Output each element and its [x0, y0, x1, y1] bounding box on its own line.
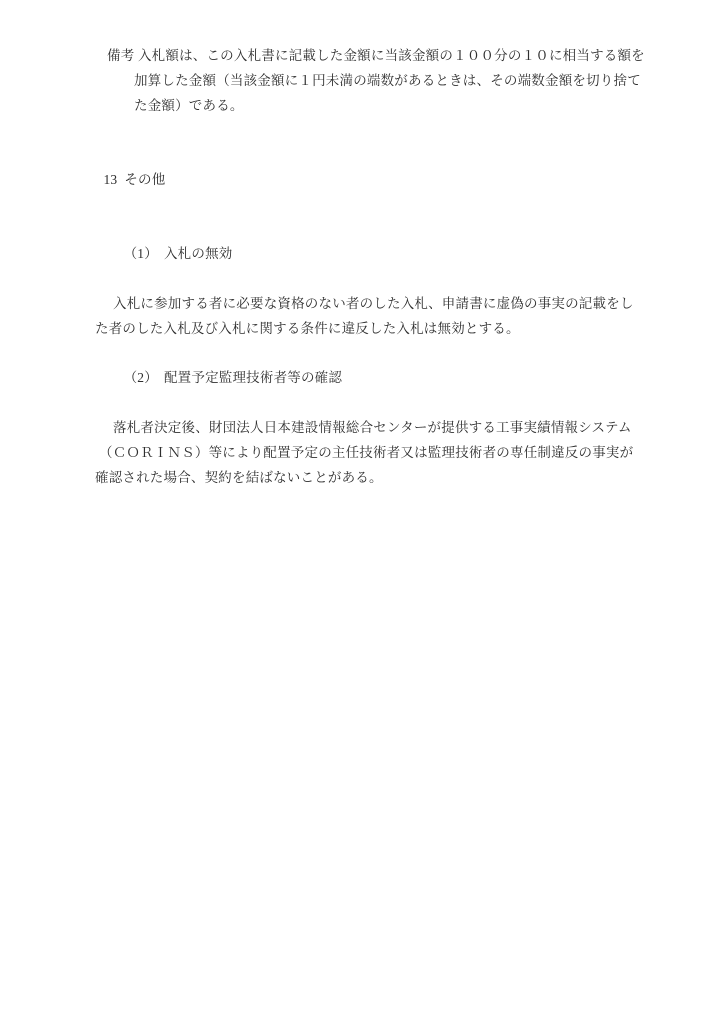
item-2-number: （2）: [124, 370, 158, 385]
section-13-item-1: （1）入札の無効 入札に参加する者に必要な資格のない者のした入札、申請書に虚偽の…: [0, 218, 724, 342]
item-2-heading: 配置予定監理技術者等の確認: [164, 370, 342, 385]
item-1-header: （1）入札の無効: [0, 218, 724, 292]
document-page: 備考 入札額は、この入札書に記載した金額に当該金額の１００分の１０に相当する額を…: [0, 0, 724, 1024]
item-2-body-line-3: 確認された場合、契約を結ばないことがある。: [0, 466, 724, 491]
section-13-header: 13その他: [0, 143, 724, 217]
section-13: 13その他 （1）入札の無効 入札に参加する者に必要な資格のない者のした入札、申…: [0, 143, 724, 490]
item-1-body-line-1: 入札に参加する者に必要な資格のない者のした入札、申請書に虚偽の事実の記載をし: [0, 292, 724, 317]
remark-line-1: 備考 入札額は、この入札書に記載した金額に当該金額の１００分の１０に相当する額を: [0, 44, 724, 69]
item-2-body-line-2: （ＣＯＲＩＮＳ）等により配置予定の主任技術者又は監理技術者の専任制違反の事実が: [0, 441, 724, 466]
section-number: 13: [103, 172, 117, 187]
section-13-item-2: （2）配置予定監理技術者等の確認 落札者決定後、財団法人日本建設情報総合センター…: [0, 342, 724, 491]
item-2-body-line-1: 落札者決定後、財団法人日本建設情報総合センターが提供する工事実績情報システム: [0, 416, 724, 441]
item-1-heading: 入札の無効: [164, 246, 233, 261]
spacer: [0, 118, 724, 143]
item-1-number: （1）: [124, 246, 158, 261]
remark-line-2: 加算した金額（当該金額に１円未満の端数があるときは、その端数金額を切り捨て: [0, 69, 724, 94]
remark-line-3: た金額）である。: [0, 94, 724, 119]
section-title: その他: [124, 172, 165, 187]
item-2-header: （2）配置予定監理技術者等の確認: [0, 342, 724, 416]
item-1-body-line-2: た者のした入札及び入札に関する条件に違反した入札は無効とする。: [0, 317, 724, 342]
remark-paragraph: 備考 入札額は、この入札書に記載した金額に当該金額の１００分の１０に相当する額を…: [0, 44, 724, 118]
